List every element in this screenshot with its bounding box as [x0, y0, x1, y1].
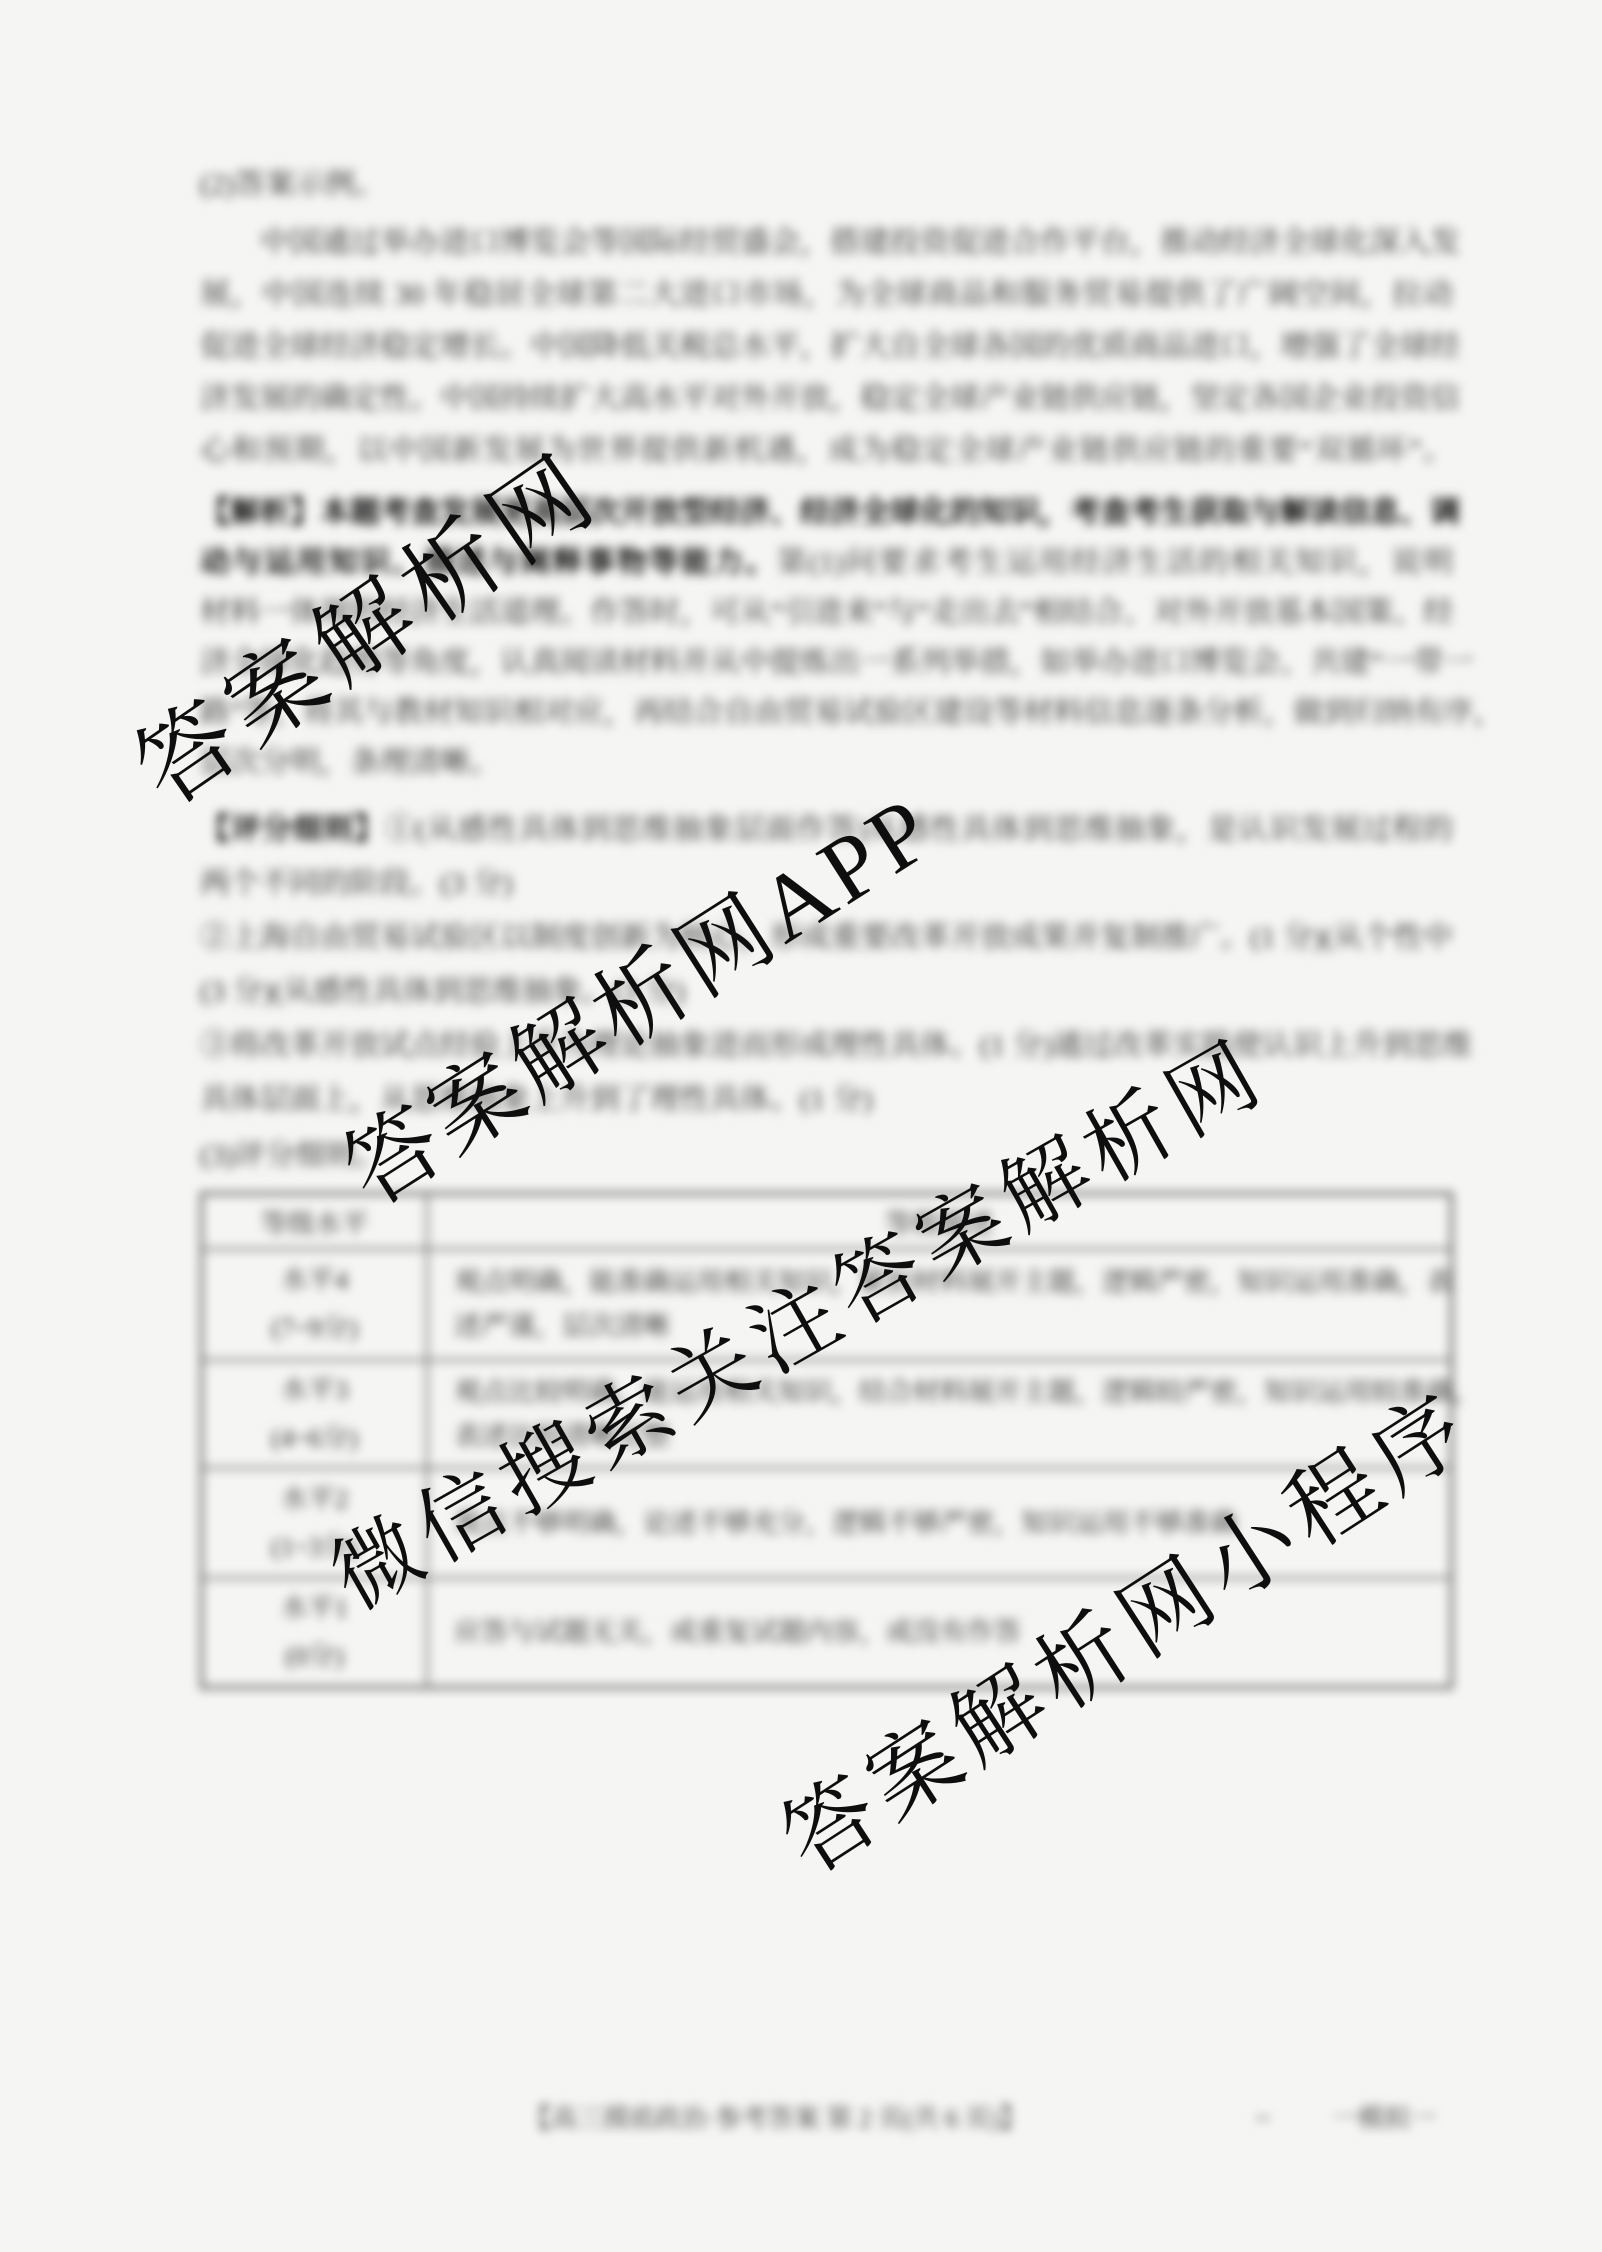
level-label: 水平3: [203, 1371, 426, 1409]
text-line: 心和预期，以中国新发展为世界提供新机遇，成为稳定全球产业链供应链的重要“双循环”…: [200, 430, 1453, 472]
rubric-row: 水平3 (4~6分) 观点比较明确，能运用相关知识，结合材料展开主题，逻辑较严密…: [202, 1360, 1452, 1468]
description-line: 表述比较清晰完整: [454, 1414, 1424, 1458]
document-page: (2)答案示例。 中国通过举办进口博览会等国际经贸盛会，搭建投资促进合作平台，推…: [0, 0, 1602, 2252]
score-range: (4~6分): [203, 1419, 426, 1457]
footer-edition: 一模拟一: [1332, 2102, 1436, 2136]
level-cell: 水平2 (1~3分): [202, 1468, 428, 1578]
description-cell: 观点明确，能准确运用相关知识，紧扣材料展开主题，逻辑严密，知识运用准确，表 述严…: [427, 1249, 1452, 1360]
scoring-rubric-line: 【评分细则】①(从感性具体到思维抽象层面作答)从感性具体到思维抽象，是认识发展过…: [200, 809, 1453, 851]
footer-text: 【高三摸底政治·参考答案 第 2 页(共 6 页)】: [525, 2102, 1025, 2136]
level-label: 水平4: [203, 1261, 426, 1299]
score-range: (0分): [203, 1637, 426, 1675]
description-header-cell: 等级描述: [427, 1194, 1452, 1249]
score-range: (7~9分): [203, 1309, 426, 1347]
regular-text: 第(1)问要求考生运用经济生活的相关知识，说明: [777, 546, 1453, 579]
text-line: 具体层面上，从思维抽象上升到了理性具体。(1 分): [200, 1079, 872, 1121]
description-line: 应答与试题无关，或重复试题内容，或没有作答: [454, 1610, 1424, 1654]
level-cell: 水平1 (0分): [202, 1578, 428, 1688]
bold-lead-text: 动与运用知识、描述与阐释事物等能力。: [200, 546, 777, 579]
text-line: 材料一体现的经济生活道理。作答时，可从“引进来”与“走出去”相结合、对外开放基本…: [200, 592, 1453, 634]
grading-rubric-table: 等级水平 等级描述 水平4 (7~9分) 观点明确，能准确运用相关知识，紧扣材料…: [200, 1192, 1453, 1689]
text-line: 济全球化趋势等角度，认真阅读材料并从中提炼出一系列举措，如举办进口博览会、共建“…: [200, 642, 1453, 684]
text-line: ②上海自由贸易试验区以制度创新为核心，形成重要改革开放成果并复制推广。(1 分)…: [200, 917, 1453, 959]
regular-text: ①(从感性具体到思维抽象层面作答)从感性具体到思维抽象，是认识发展过程的: [385, 813, 1453, 846]
text-line: 两个不同的阶段。(3 分): [200, 863, 512, 905]
description-cell: 应答与试题无关，或重复试题内容，或没有作答: [427, 1578, 1452, 1688]
text-line: 济发展的确定性。中国持续扩大高水平对外开放，稳定全球产业链供应链，坚定各国企业投…: [200, 378, 1453, 420]
rubric-row: 水平4 (7~9分) 观点明确，能准确运用相关知识，紧扣材料展开主题，逻辑严密，…: [202, 1249, 1452, 1360]
rubric-row: 水平1 (0分) 应答与试题无关，或重复试题内容，或没有作答: [202, 1578, 1452, 1688]
text-line: 层次分明，条理清晰。: [200, 742, 500, 784]
text-line: (3 分)(从感性具体到思维抽象。(3 分): [200, 971, 685, 1013]
description-cell: 观点比较明确，能运用相关知识，结合材料展开主题，逻辑较严密，知识运用较准确， 表…: [427, 1360, 1452, 1468]
text-line: 展，中国连续 30 年稳居全球第二大进口市场，为全球商品和服务贸易提供了广阔空间…: [200, 274, 1453, 316]
description-line: 观点不够明确，论述不够充分，逻辑不够严密，知识运用不够准确: [454, 1501, 1424, 1545]
text-line: 促进全球经济稳定增长。中国降低关税总水平，扩大自全球各国的优质商品进口，增强了全…: [200, 326, 1453, 368]
score-range: (1~3分): [203, 1528, 426, 1566]
text-line: 动与运用知识、描述与阐释事物等能力。第(1)问要求考生运用经济生活的相关知识，说…: [200, 542, 1453, 584]
blurred-document-layer: (2)答案示例。 中国通过举办进口博览会等国际经贸盛会，搭建投资促进合作平台，推…: [0, 0, 1602, 2252]
description-line: 述严谨，层次清晰: [454, 1304, 1424, 1348]
level-cell: 水平3 (4~6分): [202, 1360, 428, 1468]
text-line: (2)答案示例。: [200, 164, 385, 206]
description-cell: 观点不够明确，论述不够充分，逻辑不够严密，知识运用不够准确: [427, 1468, 1452, 1578]
text-line: 中国通过举办进口博览会等国际经贸盛会，搭建投资促进合作平台，推动经济全球化深入发: [200, 222, 1453, 264]
level-cell: 水平4 (7~9分): [202, 1249, 428, 1360]
level-header-cell: 等级水平: [202, 1194, 428, 1249]
level-label: 水平1: [203, 1589, 426, 1627]
table-header-row: 等级水平 等级描述: [202, 1194, 1452, 1249]
rubric-row: 水平2 (1~3分) 观点不够明确，论述不够充分，逻辑不够严密，知识运用不够准确: [202, 1468, 1452, 1578]
level-label: 水平2: [203, 1480, 426, 1518]
rubric-label: 【评分细则】: [200, 813, 385, 846]
analysis-heading-line: 【解析】本题考查发展更高层次开放型经济、经济全球化的知识，考查考生获取与解读信息…: [200, 492, 1453, 534]
footer-separator: ~: [1256, 2102, 1270, 2136]
description-line: 观点明确，能准确运用相关知识，紧扣材料展开主题，逻辑严密，知识运用准确，表: [454, 1260, 1424, 1304]
text-line: ③将改革开放试点经验上升为理论抽象进而形成理性具体。(1 分)通过改革实践使认识…: [200, 1025, 1453, 1067]
description-line: 观点比较明确，能运用相关知识，结合材料展开主题，逻辑较严密，知识运用较准确，: [454, 1370, 1424, 1414]
text-line: 路”等，将其与教材知识相对应，再结合自由贸易试验区建设等材料信息逐条分析，做到归…: [200, 692, 1453, 734]
text-line: (3)评分细则。: [200, 1135, 385, 1177]
